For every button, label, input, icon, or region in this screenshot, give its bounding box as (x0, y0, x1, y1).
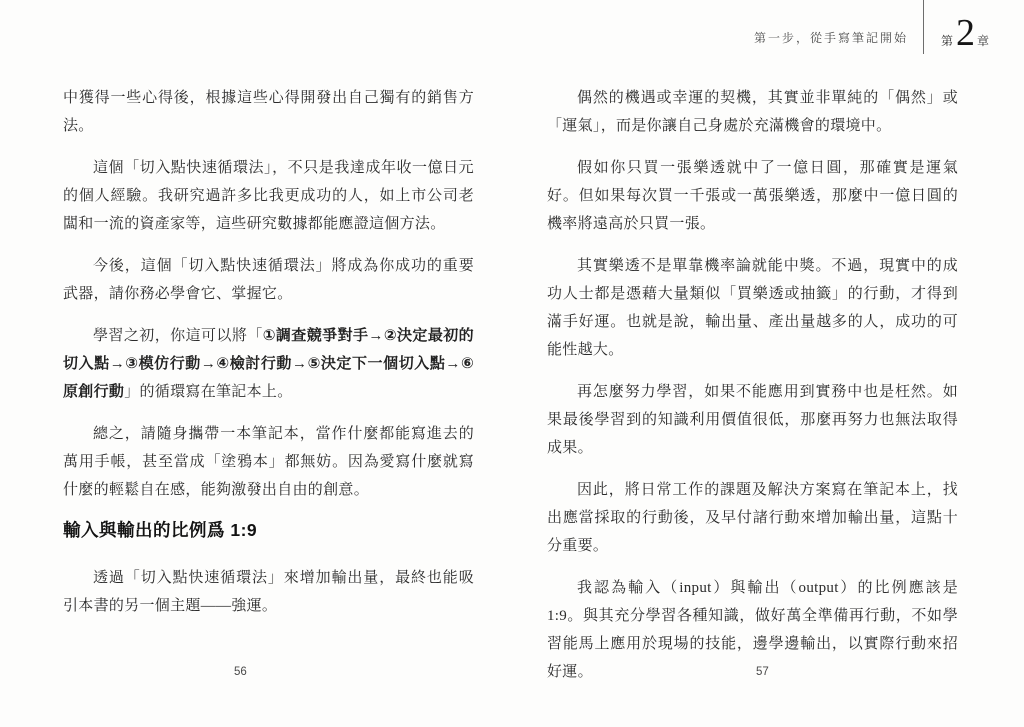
paragraph: 中獲得一些心得後，根據這些心得開發出自己獨有的銷售方法。 (63, 84, 474, 140)
cycle-steps-after: 」的循環寫在筆記本上。 (124, 384, 292, 400)
paragraph: 假如你只買一張樂透就中了一億日圓，那確實是運氣好。但如果每次買一千張或一萬張樂透… (547, 154, 958, 238)
chapter-label: 第 2 章 (941, 18, 990, 58)
chapter-prefix: 第 (941, 34, 954, 48)
left-page-column: 中獲得一些心得後，根據這些心得開發出自己獨有的銷售方法。 這個「切入點快速循環法… (63, 84, 474, 634)
page-number-right: 57 (756, 666, 769, 678)
book-spread: 第一步，從手寫筆記開始 第 2 章 中獲得一些心得後，根據這些心得開發出自己獨有… (0, 0, 1024, 727)
paragraph: 總之，請隨身攜帶一本筆記本，當作什麼都能寫進去的萬用手帳，甚至當成「塗鴉本」都無… (63, 420, 474, 504)
paragraph: 偶然的機遇或幸運的契機，其實並非單純的「偶然」或「運氣」，而是你讓自己身處於充滿… (547, 84, 958, 140)
paragraph: 因此，將日常工作的課題及解決方案寫在筆記本上，找出應當採取的行動後，及早付諸行動… (547, 476, 958, 560)
paragraph-cycle-steps: 學習之初，你這可以將「①調查競爭對手→②決定最初的切入點→③模仿行動→④檢討行動… (63, 322, 474, 406)
paragraph: 今後，這個「切入點快速循環法」將成為你成功的重要武器，請你務必學會它、掌握它。 (63, 252, 474, 308)
paragraph: 我認為輸入（input）與輸出（output）的比例應該是 1:9。與其充分學習… (547, 574, 958, 686)
paragraph: 透過「切入點快速循環法」來增加輸出量，最終也能吸引本書的另一個主題——強運。 (63, 564, 474, 620)
chapter-header: 第一步，從手寫筆記開始 第 2 章 (754, 0, 990, 58)
header-divider (923, 0, 924, 54)
paragraph: 其實樂透不是單靠機率論就能中獎。不過，現實中的成功人士都是憑藉大量類似「買樂透或… (547, 252, 958, 364)
section-heading: 輸入與輸出的比例爲 1:9 (63, 518, 474, 542)
page-number-left: 56 (234, 666, 247, 678)
chapter-number: 2 (956, 18, 975, 48)
right-page-column: 偶然的機遇或幸運的契機，其實並非單純的「偶然」或「運氣」，而是你讓自己身處於充滿… (547, 84, 958, 700)
cycle-steps-before: 學習之初，你這可以將「 (93, 328, 263, 344)
chapter-suffix: 章 (977, 34, 990, 48)
paragraph: 這個「切入點快速循環法」，不只是我達成年收一億日元的個人經驗。我研究過許多比我更… (63, 154, 474, 238)
running-title: 第一步，從手寫筆記開始 (754, 29, 908, 58)
paragraph: 再怎麼努力學習，如果不能應用到實務中也是枉然。如果最後學習到的知識利用價值很低，… (547, 378, 958, 462)
